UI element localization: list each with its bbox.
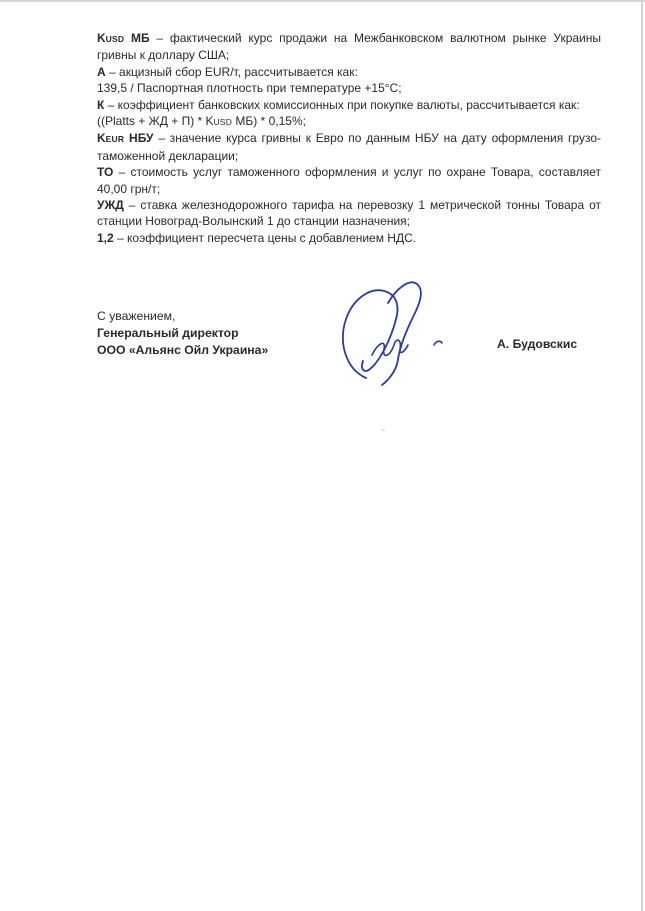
handwritten-signature-icon bbox=[336, 281, 451, 388]
term-keur-subscript: EUR bbox=[106, 134, 125, 144]
signature-stroke-peak bbox=[382, 282, 421, 385]
definition-keur-nbu: KEUR НБУ – значение курса гривны к Евро … bbox=[97, 130, 601, 164]
definition-k: К – коэффициент банковских комиссионных … bbox=[97, 97, 601, 113]
definition-to: ТО – стоимость услуг таможенного оформле… bbox=[97, 164, 601, 197]
definition-body: – акцизный сбор EUR/т, рассчитывается ка… bbox=[106, 65, 358, 79]
term-a: А bbox=[97, 65, 106, 79]
term-kusd-rest: МБ bbox=[124, 31, 149, 45]
signature-stroke-oval bbox=[343, 290, 398, 378]
formula-text-pre: ((Platts + ЖД + П) * K bbox=[97, 114, 214, 128]
term-keur: K bbox=[97, 131, 106, 145]
formula-k: ((Platts + ЖД + П) * KUSD МБ) * 0,15%; bbox=[97, 113, 601, 130]
formula-text-post: МБ) * 0,15%; bbox=[232, 114, 306, 128]
term-1-2: 1,2 bbox=[97, 231, 114, 245]
term-uzhd: УЖД bbox=[97, 198, 124, 212]
signer-name: А. Будовскис bbox=[497, 337, 577, 351]
formula-a: 139,5 / Паспортная плотность при темпера… bbox=[97, 80, 601, 96]
formula-kusd-subscript: USD bbox=[214, 117, 233, 127]
definition-body: – значение курса гривны к Евро по данным… bbox=[97, 131, 601, 162]
term-kusd: K bbox=[97, 31, 106, 45]
definition-body: – коэффициент пересчета цены с добавлени… bbox=[114, 231, 416, 245]
term-to: ТО bbox=[97, 165, 113, 179]
document-page: KUSD МБ – фактический курс продажи на Ме… bbox=[0, 0, 645, 911]
signature-stroke-tick bbox=[434, 341, 442, 345]
definition-body: – ставка железнодорожного тарифа на пере… bbox=[97, 198, 601, 228]
definition-body: – стоимость услуг таможенного оформления… bbox=[97, 165, 601, 195]
closing-block: С уважением, Генеральный директор ООО «А… bbox=[97, 308, 268, 360]
definition-body: – коэффициент банковских комиссионных пр… bbox=[104, 98, 579, 112]
definition-1-2: 1,2 – коэффициент пересчета цены с добав… bbox=[97, 230, 601, 246]
scan-edge-top bbox=[0, 0, 645, 2]
closing-regards: С уважением, bbox=[97, 308, 268, 325]
scan-speck bbox=[382, 429, 385, 431]
definition-kusd-mb: KUSD МБ – фактический курс продажи на Ме… bbox=[97, 30, 601, 64]
scan-edge-right bbox=[641, 0, 643, 911]
formula-text: 139,5 / Паспортная плотность при темпера… bbox=[97, 81, 402, 95]
definition-body: – фактический курс продажи на Межбанковс… bbox=[97, 31, 601, 62]
definition-uzhd: УЖД – ставка железнодорожного тарифа на … bbox=[97, 197, 601, 230]
term-keur-rest: НБУ bbox=[124, 131, 153, 145]
definitions-block: KUSD МБ – фактический курс продажи на Ме… bbox=[97, 30, 601, 246]
term-kusd-subscript: USD bbox=[106, 34, 125, 44]
closing-company: ООО «Альянс Ойл Украина» bbox=[97, 342, 268, 359]
closing-title: Генеральный директор bbox=[97, 325, 268, 342]
definition-a: А – акцизный сбор EUR/т, рассчитывается … bbox=[97, 64, 601, 80]
